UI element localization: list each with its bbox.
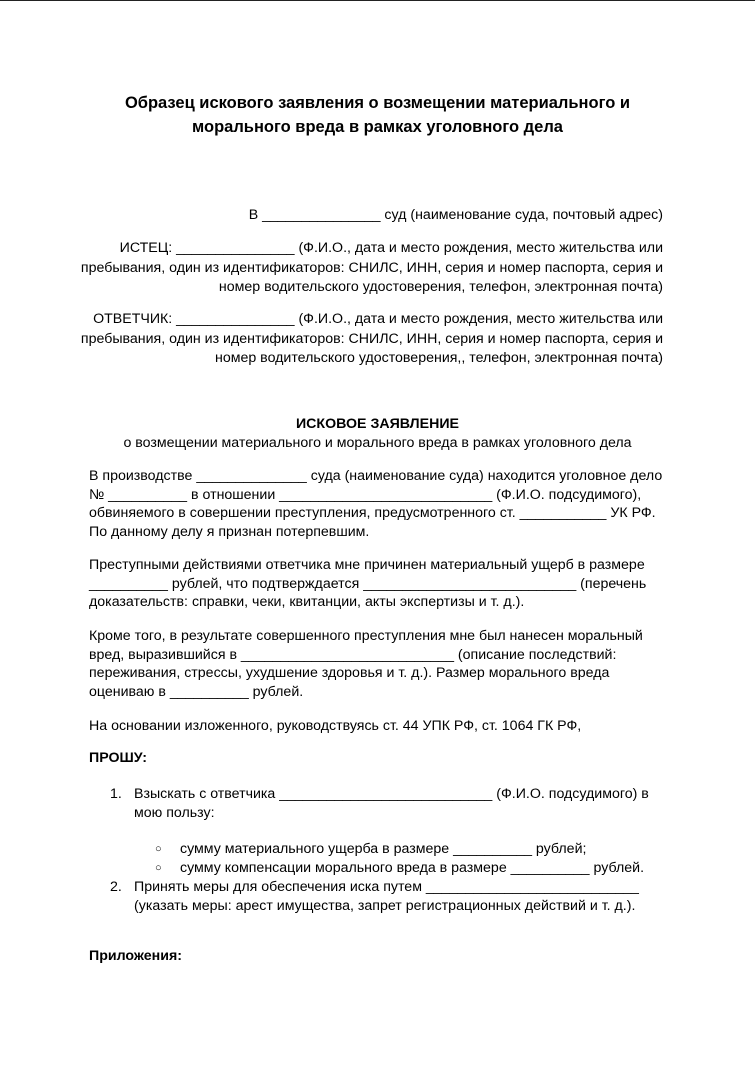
claim-subtitle: о возмещении материального и морального … <box>80 434 675 452</box>
plaintiff-line: ИСТЕЦ: _______________ (Ф.И.О., дата и м… <box>63 239 663 259</box>
paragraph-line: переживания, стрессы, ухудшение здоровья… <box>89 664 669 683</box>
paragraph-line: № __________ в отношении _______________… <box>89 486 669 505</box>
sub-item-text: сумму материального ущерба в размере ___… <box>180 841 586 857</box>
paragraph-line: вред, выразившийся в ___________________… <box>89 646 669 665</box>
item-line: мою пользу: <box>134 804 649 823</box>
document-title: Образец искового заявления о возмещении … <box>80 91 675 139</box>
paragraph-line: На основании изложенного, руководствуясь… <box>89 717 669 736</box>
paragraph-line: доказательств: справки, чеки, квитанции,… <box>89 593 669 612</box>
defendant-field: ОТВЕТЧИК: _______________ (Ф.И.О., дата … <box>63 310 663 369</box>
sub-item-moral: ○сумму компенсации морального вреда в ра… <box>155 859 644 878</box>
circle-bullet-icon: ○ <box>155 840 180 859</box>
court-field: В _______________ суд (наименование суда… <box>63 206 663 226</box>
circle-bullet-icon: ○ <box>155 859 180 878</box>
item-body: Принять меры для обеспечения иска путем … <box>134 878 639 915</box>
item-line: Взыскать с ответчика ___________________… <box>134 785 649 804</box>
sub-item-text: сумму компенсации морального вреда в раз… <box>180 860 644 876</box>
plaintiff-field: ИСТЕЦ: _______________ (Ф.И.О., дата и м… <box>63 239 663 298</box>
paragraph-line: оцениваю в __________ рублей. <box>89 683 669 702</box>
title-line: морального вреда в рамках уголовного дел… <box>80 115 675 139</box>
paragraph-legal-basis: На основании изложенного, руководствуясь… <box>89 717 669 736</box>
paragraph-line: обвиняемого в совершении преступления, п… <box>89 504 669 523</box>
item-body: Взыскать с ответчика ___________________… <box>134 785 649 822</box>
paragraph-material-damage: Преступными действиями ответчика мне при… <box>89 556 669 612</box>
paragraph-moral-damage: Кроме того, в результате совершенного пр… <box>89 627 669 701</box>
paragraph-line: Кроме того, в результате совершенного пр… <box>89 627 669 646</box>
paragraph-line: По данному делу я признан потерпевшим. <box>89 523 669 542</box>
paragraph-case-info: В производстве ______________ суда (наим… <box>89 467 669 541</box>
sub-item-material: ○сумму материального ущерба в размере __… <box>155 840 586 859</box>
attachments-heading: Приложения: <box>89 948 182 964</box>
item-line: (указать меры: арест имущества, запрет р… <box>134 897 639 916</box>
item-number: 2. <box>110 878 134 897</box>
plaintiff-line: номер водительского удостоверения, телеф… <box>63 278 663 298</box>
plaintiff-line: пребывания, один из идентификаторов: СНИ… <box>63 259 663 279</box>
defendant-line: номер водительского удостоверения,, теле… <box>63 349 663 369</box>
paragraph-line: __________ рублей, что подтверждается __… <box>89 575 669 594</box>
request-heading: ПРОШУ: <box>89 750 147 766</box>
item-number: 1. <box>110 785 134 804</box>
defendant-line: пребывания, один из идентификаторов: СНИ… <box>63 330 663 350</box>
claim-title: ИСКОВОЕ ЗАЯВЛЕНИЕ <box>80 415 675 433</box>
court-line: В _______________ суд (наименование суда… <box>63 206 663 226</box>
item-line: Принять меры для обеспечения иска путем … <box>134 878 639 897</box>
defendant-line: ОТВЕТЧИК: _______________ (Ф.И.О., дата … <box>63 310 663 330</box>
title-line: Образец искового заявления о возмещении … <box>80 91 675 115</box>
page-top-border <box>0 0 755 1</box>
paragraph-line: Преступными действиями ответчика мне при… <box>89 556 669 575</box>
paragraph-line: В производстве ______________ суда (наим… <box>89 467 669 486</box>
